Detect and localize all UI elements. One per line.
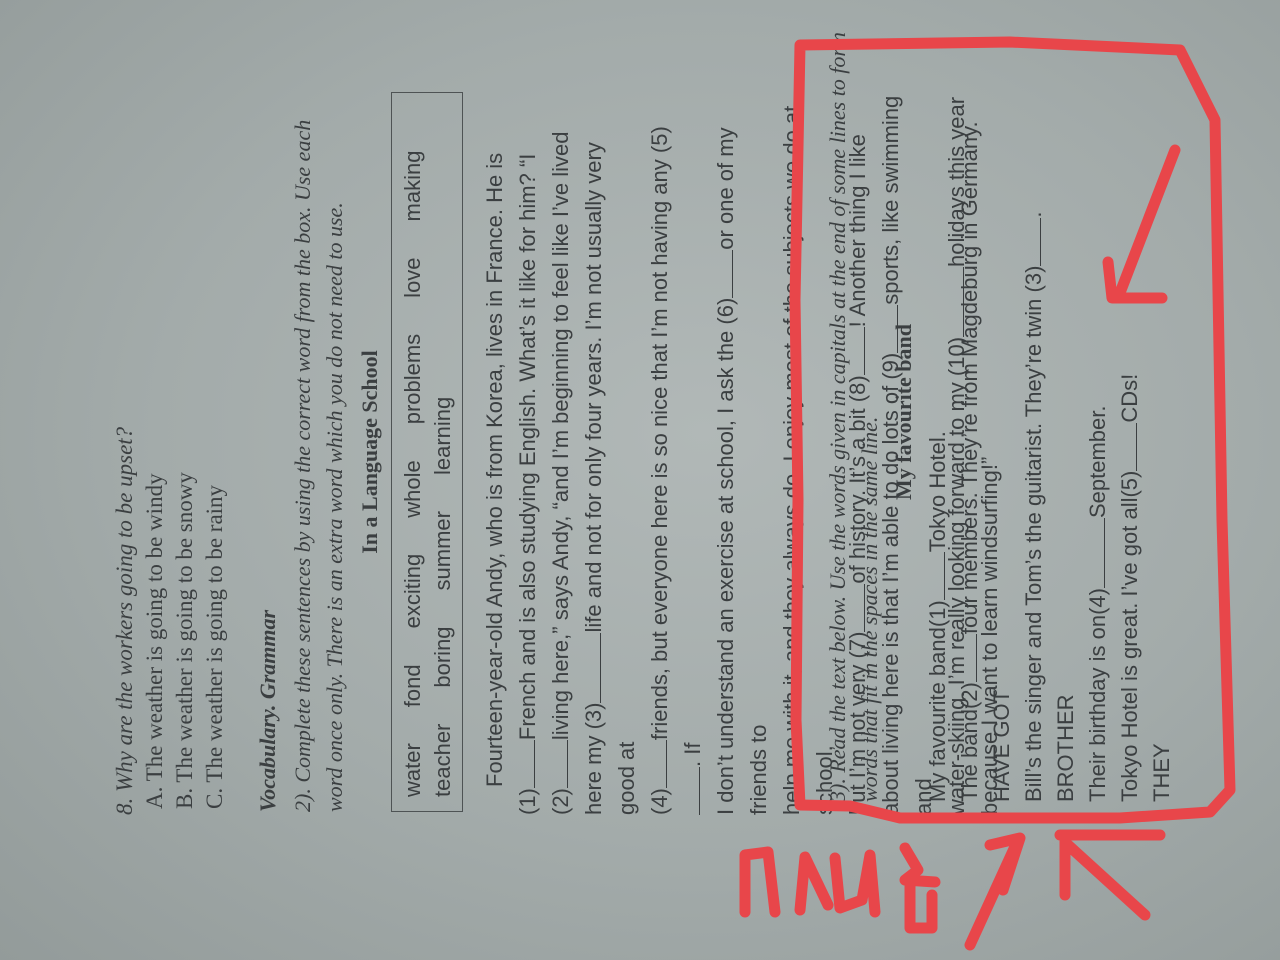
passage-intro: Fourteen-year-old Andy, who is from Kore… [478, 95, 511, 815]
task-3-text: BROTHER [1053, 694, 1078, 802]
passage-line: (1)French and is also studying English. … [511, 95, 544, 815]
task-3-line: Bill’s the singer and Tom’s the guitaris… [1018, 22, 1050, 802]
word-box-item: summer [428, 511, 458, 590]
word-box-item: whole [398, 460, 428, 517]
task-3-text: My favourite band(1) [925, 600, 950, 802]
answer-blank[interactable] [712, 250, 733, 298]
passage-line: I don’t understand an exercise at school… [709, 95, 775, 815]
word-box-item: exciting [398, 554, 428, 629]
word-box: water fond exciting whole problems love … [391, 92, 463, 812]
answer-blank[interactable] [547, 740, 568, 788]
passage-text: here my (3) [581, 703, 606, 815]
task-3-text: Tokyo Hotel. [925, 431, 950, 552]
passage-line: here my (3)life and not for only four ye… [577, 95, 643, 815]
task-3-line: My favourite band(1)Tokyo Hotel. [922, 22, 954, 802]
passage-text: I don’t understand an exercise at school… [713, 298, 738, 815]
question-8-prompt: 8. Why are the workers going to be upset… [110, 427, 140, 815]
answer-blank[interactable] [924, 552, 945, 600]
answer-blank[interactable] [646, 740, 667, 788]
question-8: 8. Why are the workers going to be upset… [110, 427, 230, 815]
task-3-title: My favourite band [888, 22, 920, 802]
word-box-item: teacher [428, 724, 458, 797]
passage-text: (2) [548, 788, 573, 815]
worksheet-page: 8. Why are the workers going to be upset… [0, 0, 1280, 960]
passage-text: French and is also studying English. Wha… [515, 154, 540, 741]
word-box-item: problems [398, 334, 428, 424]
task-3-line: Their birthday is on(4)September. [1082, 22, 1114, 802]
word-box-item: making [398, 151, 428, 222]
passage-line: (4)friends, but everyone here is so nice… [643, 95, 709, 815]
option-a: A. The weather is going to be windy [140, 427, 170, 809]
task-3-text: HAVE GOT [989, 690, 1014, 802]
option-c: C. The weather is going to be rainy [200, 427, 230, 809]
answer-blank[interactable] [679, 767, 700, 815]
answer-blank[interactable] [1020, 218, 1041, 266]
task-3-line: The band(2)four members. They’re from Ma… [954, 22, 986, 802]
word-box-item: love [398, 257, 428, 297]
answer-blank[interactable] [1116, 423, 1137, 471]
task-3: 3). Read the text below. Use the words g… [822, 22, 1178, 802]
passage-text: . If [680, 743, 705, 767]
task-3-text: Their birthday is on(4) [1085, 588, 1110, 802]
answer-blank[interactable] [1084, 518, 1105, 588]
word-box-item: boring [428, 626, 458, 687]
task-3-text: The band(2) [957, 682, 982, 802]
task-3-text: four members. They’re from Magdeburg in … [957, 121, 982, 634]
passage-text: friends, but everyone here is so nice th… [647, 126, 672, 740]
task-3-text: CDs! [1117, 374, 1142, 423]
task-3-line: Tokyo Hotel is great. I’ve got all(5)CDs… [1114, 22, 1146, 802]
task-3-line: THEY [1146, 22, 1178, 802]
answer-blank[interactable] [580, 633, 601, 703]
word-box-item: water [398, 743, 428, 797]
section-title: Vocabulary. Grammar [255, 92, 281, 812]
task-3-line: BROTHER [1050, 22, 1082, 802]
word-box-item: learning [428, 397, 458, 475]
task-3-text: THEY [1149, 743, 1174, 802]
task-3-text: . [1021, 211, 1046, 217]
passage-line: (2)living here,” says Andy, “and I’m beg… [544, 95, 577, 815]
word-box-item: fond [398, 664, 428, 707]
task-3-text: September. [1085, 406, 1110, 519]
passage-text: (4) [647, 788, 672, 815]
task-3-line: HAVE GOT [986, 22, 1018, 802]
task-3-instruction: 3). Read the text below. Use the words g… [822, 22, 886, 802]
task-3-text: Tokyo Hotel is great. I’ve got all(5) [1117, 471, 1142, 802]
passage-text: (1) [515, 788, 540, 815]
passage-text: living here,” says Andy, “and I’m beginn… [548, 132, 573, 741]
passage-title: In a Language School [357, 92, 383, 812]
task-3-text: Bill’s the singer and Tom’s the guitaris… [1021, 266, 1046, 802]
option-b: B. The weather is going to be snowy [170, 427, 200, 809]
answer-blank[interactable] [956, 634, 977, 682]
answer-blank[interactable] [514, 740, 535, 788]
task-2-instruction: 2). Complete these sentences by using th… [287, 92, 351, 812]
vocabulary-section: Vocabulary. Grammar 2). Complete these s… [255, 92, 463, 812]
